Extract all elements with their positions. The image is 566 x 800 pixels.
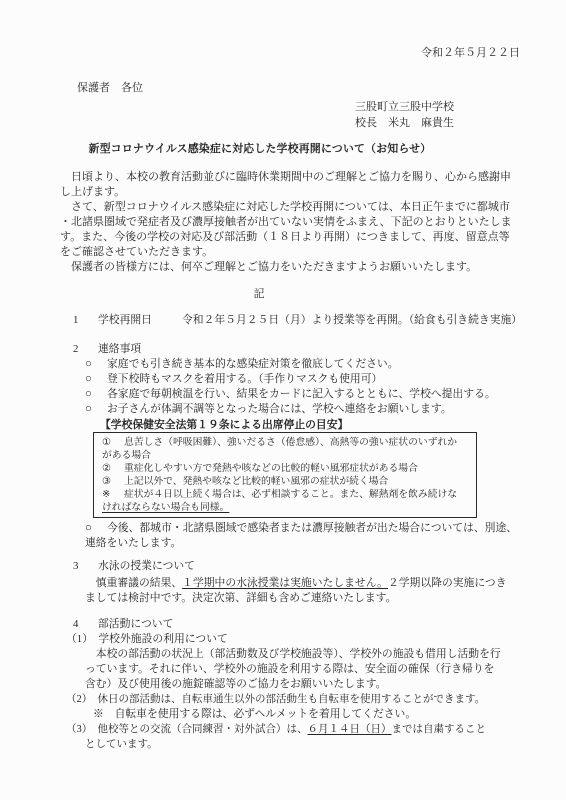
swimming-cancel-underlined: １学期中の水泳授業は実施いたしません。	[182, 577, 388, 589]
criteria-item: ③上記以外で、発熱や咳など比較的軽い風邪の症状が続く場合	[102, 475, 472, 488]
attendance-suspension-heading: 【学校保健安全法第１９条による出席停止の目安】	[100, 418, 566, 432]
circle-bullet-icon: ○	[85, 521, 107, 536]
swimming-text: 慎重審議の結果、	[85, 577, 182, 589]
sender-principal: 校長 米丸 麻貴生	[355, 115, 566, 131]
section-3-body: 慎重審議の結果、１学期中の水泳授業は実施いたしません。２学期以降の実施につき ま…	[85, 576, 566, 606]
criteria-text: 重症化しやすい方で発熱や咳などの比較的軽い風邪症状がある場合	[124, 463, 418, 474]
section-number: 4	[73, 617, 98, 632]
section-4-heading: 4部活動について	[73, 617, 566, 632]
criteria-text: 上記以外で、発熱や咳など比較的軽い風邪の症状が続く場合	[124, 476, 388, 487]
document-title: 新型コロナウイルス感染症に対応した学校再開について（お知らせ）	[0, 141, 520, 157]
circled-1-icon: ①	[102, 436, 124, 449]
notice-item: ○家庭でも引き続き基本的な感染症対策を徹底してください。	[85, 357, 566, 372]
helmet-note: ※ 自転車を使用する際は、必ずヘルメットを着用してください。	[93, 707, 566, 722]
sender-school: 三股町立三股中学校	[355, 99, 566, 115]
circle-bullet-icon: ○	[85, 357, 107, 372]
document-page: 令和２年５月２２日 保護者 各位 三股町立三股中学校 校長 米丸 麻貴生 新型コ…	[0, 0, 566, 800]
notice-item-text: 今後、都城市・北諸県圏域で感染者または濃厚接触者が出た場合については、別途、 連…	[85, 522, 517, 549]
intro-paragraphs: 日頃より、本校の教育活動並びに臨時休業期間中のご理解とご協力を賜り、心から感謝申…	[60, 170, 566, 275]
notice-item: ○お子さんが体調不調等となった場合には、学校へ連絡をお願いします。	[85, 402, 566, 417]
subsection-3-text: （3） 他校等との交流（合同練習・対外試合）は、６月１４日（日）までは自粛するこ…	[85, 722, 566, 752]
section-title: 学校再開日	[98, 314, 152, 326]
criteria-text: 息苦しさ（呼吸困難）、強いだるさ（倦怠感）、高熱等の強い症状のいずれか がある場…	[102, 437, 457, 461]
criteria-note: ※症状が４日以上続く場合は、必ず相談すること。また、解熱剤を飲み続けな ければな…	[102, 488, 472, 514]
notice-item-followup: ○今後、都城市・北諸県圏域で感染者または濃厚接触者が出た場合については、別途、 …	[85, 521, 566, 551]
record-marker: 記	[0, 287, 520, 302]
section-1-body: 令和２年５月２５日（月）より授業等を再開。（給食も引き続き実施）	[182, 314, 522, 326]
subsection-1-heading: （1） 学校外施設の利用について	[66, 632, 566, 647]
section-title: 連絡事項	[98, 343, 141, 355]
notice-item-text: 登下校時もマスクを着用する。（手作りマスクも使用可）	[107, 373, 382, 385]
circle-bullet-icon: ○	[85, 402, 107, 417]
section-number: 3	[73, 559, 98, 574]
section-number: 1	[73, 313, 98, 328]
notice-item: ○登下校時もマスクを着用する。（手作りマスクも使用可）	[85, 372, 566, 387]
circle-bullet-icon: ○	[85, 387, 107, 402]
notice-list: ○家庭でも引き続き基本的な感染症対策を徹底してください。 ○登下校時もマスクを着…	[85, 357, 566, 417]
notice-item-text: お子さんが体調不調等となった場合には、学校へ連絡をお願いします。	[107, 403, 452, 415]
circled-3-icon: ③	[102, 475, 124, 488]
section-title: 水泳の授業について	[98, 560, 195, 572]
exchange-text: （3） 他校等との交流（合同練習・対外試合）は、	[66, 724, 308, 735]
criteria-item: ②重症化しやすい方で発熱や咳などの比較的軽い風邪症状がある場合	[102, 462, 472, 475]
subsection-1-body: 本校の部活動の状況上（部活動数及び学校施設等）、学校外の施設も借用し活動を行 っ…	[85, 647, 566, 692]
criteria-item: ①息苦しさ（呼吸困難）、強いだるさ（倦怠感）、高熱等の強い症状のいずれか がある…	[102, 436, 472, 462]
addressee: 保護者 各位	[77, 81, 566, 96]
criteria-text-underlined: ければならない場合も同様。	[102, 502, 229, 513]
section-title: 部活動について	[98, 618, 173, 630]
notice-item-text: 家庭でも引き続き基本的な感染症対策を徹底してください。	[107, 358, 399, 370]
section-number: 2	[73, 342, 98, 357]
section-3-heading: 3水泳の授業について	[73, 559, 566, 574]
reference-mark-icon: ※	[102, 488, 124, 501]
circled-2-icon: ②	[102, 462, 124, 475]
exchange-date-underlined: ６月１４日（日）	[308, 724, 392, 735]
attendance-criteria-box: ①息苦しさ（呼吸困難）、強いだるさ（倦怠感）、高熱等の強い症状のいずれか がある…	[93, 432, 477, 518]
criteria-text: 症状が４日以上続く場合は、必ず相談すること。また、解熱剤を飲み続けな	[124, 489, 457, 500]
section-2-heading: 2連絡事項	[73, 342, 566, 357]
notice-item: ○各家庭で毎朝検温を行い、結果をカードに記入するとともに、学校へ提出する。	[85, 387, 566, 402]
section-1-reopen-date: 1学校再開日令和２年５月２５日（月）より授業等を再開。（給食も引き続き実施）	[73, 313, 566, 328]
notice-item-text: 各家庭で毎朝検温を行い、結果をカードに記入するとともに、学校へ提出する。	[107, 388, 496, 400]
sender-block: 三股町立三股中学校 校長 米丸 麻貴生	[355, 99, 566, 131]
document-date: 令和２年５月２２日	[0, 46, 566, 61]
circle-bullet-icon: ○	[85, 372, 107, 387]
subsection-2-text: （2） 休日の部活動は、自転車通生以外の部活動生も自転車を使用することができます…	[85, 692, 566, 707]
